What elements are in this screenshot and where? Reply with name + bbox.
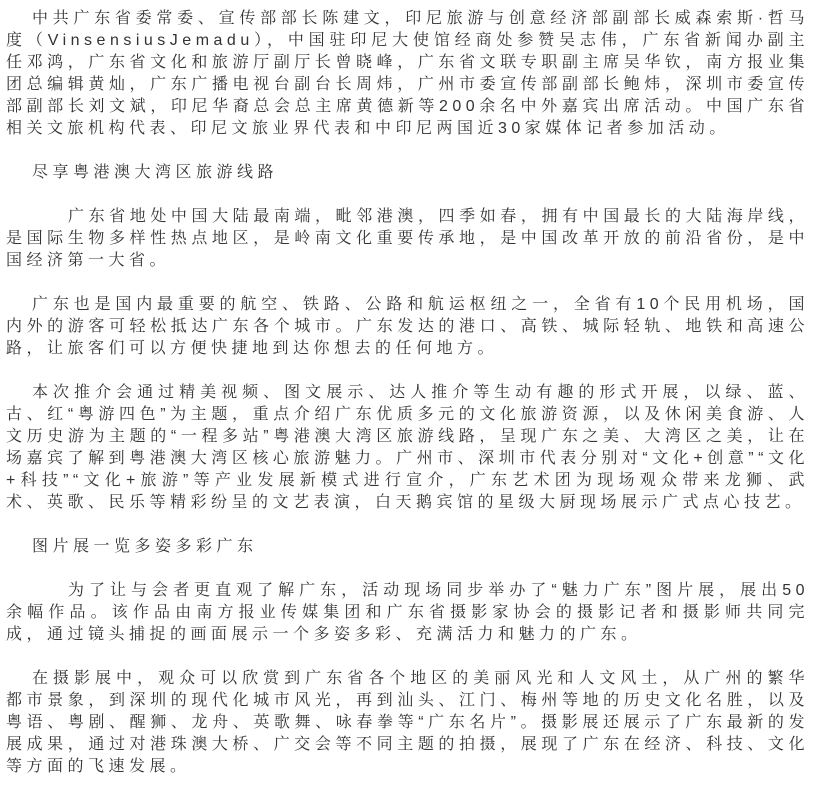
paragraph-photo-exhibition-intro: 为了让与会者更直观了解广东，活动现场同步举办了“魅力广东”图片展，展出50余幅作… — [6, 580, 809, 646]
paragraph-transport-hub: 广东也是国内最重要的航空、铁路、公路和航运枢纽之一，全省有10个民用机场，国内外… — [6, 294, 809, 360]
document-page: 中共广东省委常委、宣传部部长陈建文，印尼旅游与创意经济部副部长威森索斯·哲马度（… — [0, 0, 823, 800]
section-heading-photo-exhibition: 图片展一览多姿多彩广东 — [6, 536, 809, 558]
paragraph-promotion-event: 本次推介会通过精美视频、图文展示、达人推介等生动有趣的形式开展，以绿、蓝、古、红… — [6, 382, 809, 514]
paragraph-attendees: 中共广东省委常委、宣传部部长陈建文，印尼旅游与创意经济部副部长威森索斯·哲马度（… — [6, 8, 809, 140]
paragraph-guangdong-location: 广东省地处中国大陆最南端，毗邻港澳，四季如春，拥有中国最长的大陆海岸线，是国际生… — [6, 206, 809, 272]
paragraph-photo-exhibition-content: 在摄影展中，观众可以欣赏到广东省各个地区的美丽风光和人文风土，从广州的繁华都市景… — [6, 668, 809, 778]
section-heading-bay-area-routes: 尽享粤港澳大湾区旅游线路 — [6, 162, 809, 184]
article-body: 中共广东省委常委、宣传部部长陈建文，印尼旅游与创意经济部副部长威森索斯·哲马度（… — [0, 0, 823, 778]
